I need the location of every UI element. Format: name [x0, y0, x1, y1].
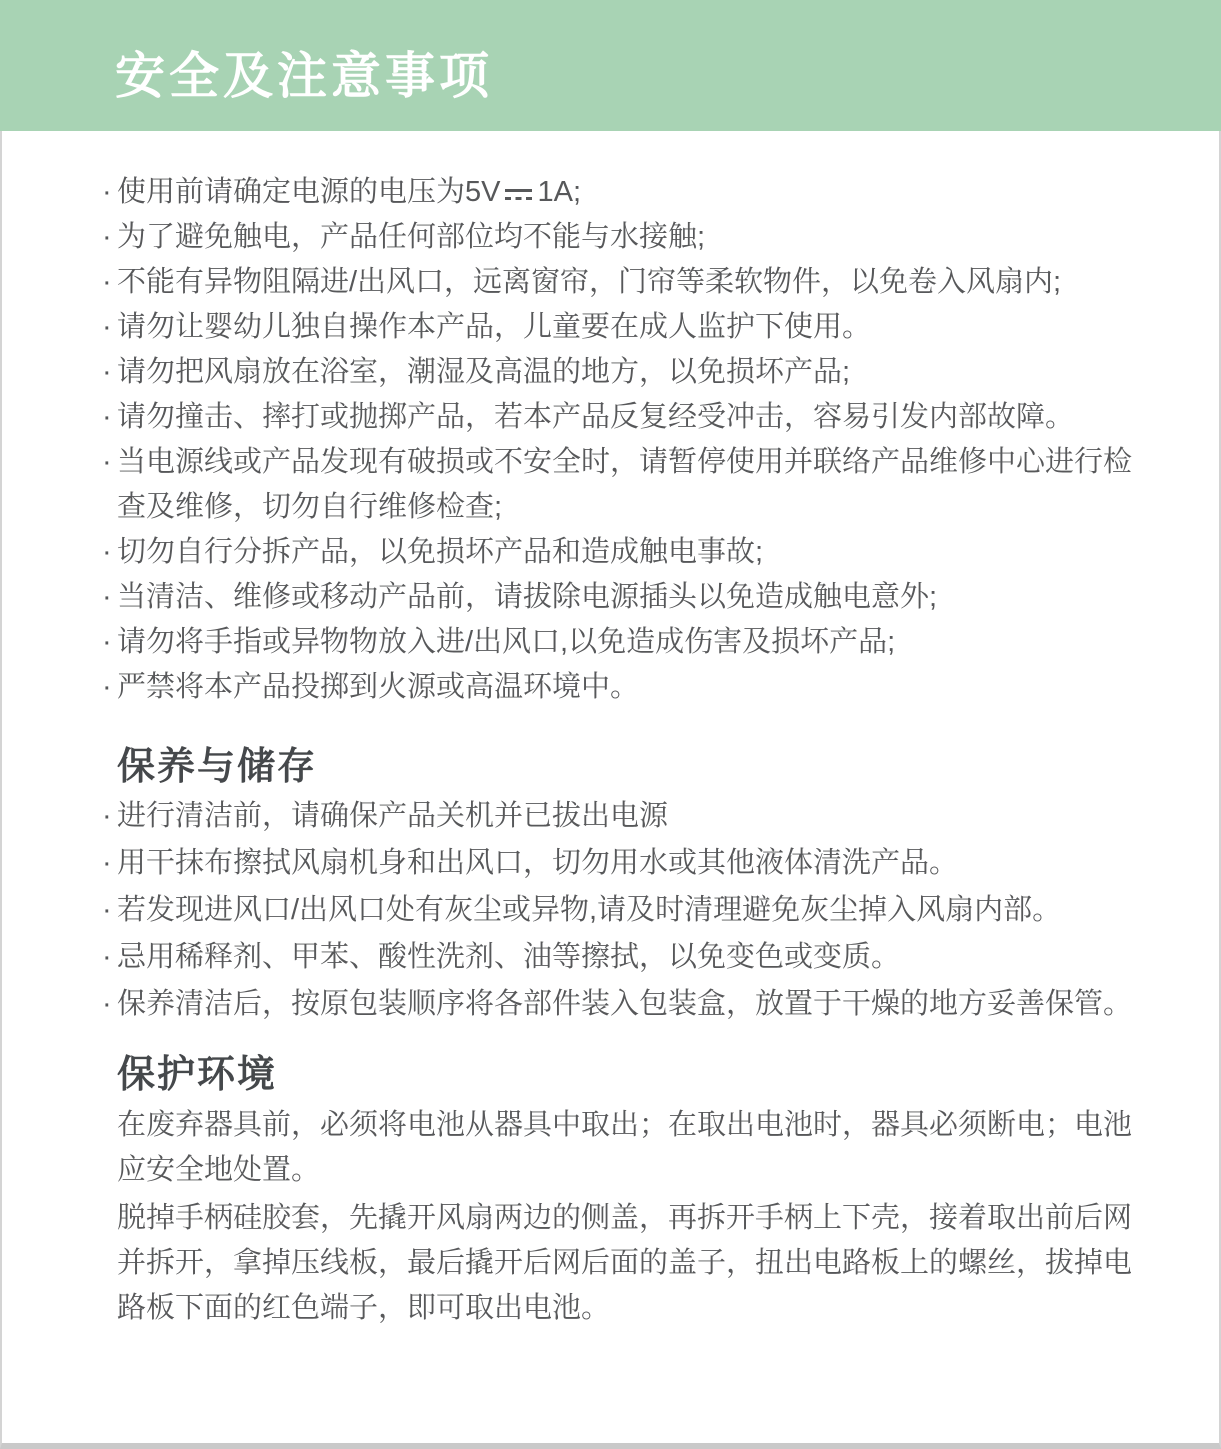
page-title: 安全及注意事项	[115, 36, 493, 108]
list-item: · 不能有异物阻隔进/出风口，远离窗帘，门帘等柔软物件，以免卷入风扇内;	[102, 260, 1189, 305]
paragraph-line: 路板下面的红色端子，即可取出电池。	[117, 1286, 1189, 1331]
item-text-post: 1A;	[537, 176, 581, 208]
item-text-line2: 查及维修，切勿自行维修检查;	[117, 491, 502, 523]
bullet-icon: ·	[102, 665, 112, 710]
list-item: · 切勿自行分拆产品，以免损坏产品和造成触电事故;	[102, 530, 1189, 575]
bullet-icon: ·	[102, 840, 112, 887]
header-band: 安全及注意事项	[0, 0, 1221, 131]
paragraph-line: 应安全地处置。	[117, 1148, 1189, 1193]
list-item: · 当清洁、维修或移动产品前，请拔除电源插头以免造成触电意外;	[102, 575, 1189, 620]
item-text-pre: 使用前请确定电源的电压为5V	[117, 176, 500, 208]
environment-paragraph: 脱掉手柄硅胶套，先撬开风扇两边的侧盖，再拆开手柄上下壳，接着取出前后网 并拆开，…	[117, 1196, 1189, 1331]
item-text: 进行清洁前，请确保产品关机并已拔出电源	[117, 800, 668, 832]
bullet-icon: ·	[102, 350, 112, 395]
content-area: · 使用前请确定电源的电压为5V1A; · 为了避免触电，产品任何部位均不能与水…	[0, 131, 1221, 1449]
list-item: · 忌用稀释剂、甲苯、酸性洗剂、油等擦拭，以免变色或变质。	[102, 934, 1189, 981]
item-text: 请勿把风扇放在浴室，潮湿及高温的地方，以免损坏产品;	[117, 356, 850, 388]
item-text: 请勿让婴幼儿独自操作本产品，儿童要在成人监护下使用。	[117, 311, 871, 343]
bullet-icon: ·	[102, 981, 112, 1028]
list-item: · 为了避免触电，产品任何部位均不能与水接触;	[102, 215, 1189, 260]
item-text: 当电源线或产品发现有破损或不安全时，请暂停使用并联络产品维修中心进行检查及维修，…	[117, 446, 1132, 523]
environment-paragraph: 在废弃器具前，必须将电池从器具中取出；在取出电池时，器具必须断电；电池 应安全地…	[117, 1103, 1189, 1193]
item-text: 严禁将本产品投掷到火源或高温环境中。	[117, 671, 639, 703]
bullet-icon: ·	[102, 887, 112, 934]
bullet-icon: ·	[102, 215, 112, 260]
safety-list: · 使用前请确定电源的电压为5V1A; · 为了避免触电，产品任何部位均不能与水…	[102, 170, 1189, 710]
list-item: · 若发现进风口/出风口处有灰尘或异物,请及时清理避免灰尘掉入风扇内部。	[102, 887, 1189, 934]
list-item: · 请勿让婴幼儿独自操作本产品，儿童要在成人监护下使用。	[102, 305, 1189, 350]
item-text: 保养清洁后，按原包装顺序将各部件装入包装盒，放置于干燥的地方妥善保管。	[117, 988, 1132, 1020]
dc-voltage-icon	[505, 189, 532, 200]
bullet-icon: ·	[102, 440, 112, 485]
manual-page: 安全及注意事项 · 使用前请确定电源的电压为5V1A; · 为了避免触电，产品任…	[0, 0, 1221, 1449]
bullet-icon: ·	[102, 575, 112, 620]
list-item: · 当电源线或产品发现有破损或不安全时，请暂停使用并联络产品维修中心进行检查及维…	[102, 440, 1189, 530]
list-item: · 用干抹布擦拭风扇机身和出风口，切勿用水或其他液体清洗产品。	[102, 840, 1189, 887]
item-text: 若发现进风口/出风口处有灰尘或异物,请及时清理避免灰尘掉入风扇内部。	[117, 894, 1061, 926]
bullet-icon: ·	[102, 934, 112, 981]
list-item: · 请勿撞击、摔打或抛掷产品，若本产品反复经受冲击，容易引发内部故障。	[102, 395, 1189, 440]
bullet-icon: ·	[102, 260, 112, 305]
section-title-maintenance: 保养与储存	[117, 743, 1189, 791]
bullet-icon: ·	[102, 620, 112, 665]
bullet-icon: ·	[102, 305, 112, 350]
item-text: 切勿自行分拆产品，以免损坏产品和造成触电事故;	[117, 536, 763, 568]
item-text: 请勿撞击、摔打或抛掷产品，若本产品反复经受冲击，容易引发内部故障。	[117, 401, 1074, 433]
paragraph-line: 脱掉手柄硅胶套，先撬开风扇两边的侧盖，再拆开手柄上下壳，接着取出前后网	[117, 1196, 1189, 1241]
maintenance-list: · 进行清洁前，请确保产品关机并已拔出电源 · 用干抹布擦拭风扇机身和出风口，切…	[102, 793, 1189, 1028]
list-item: · 请勿将手指或异物物放入进/出风口,以免造成伤害及损坏产品;	[102, 620, 1189, 665]
item-text: 当清洁、维修或移动产品前，请拔除电源插头以免造成触电意外;	[117, 581, 937, 613]
list-item: · 严禁将本产品投掷到火源或高温环境中。	[102, 665, 1189, 710]
list-item: · 请勿把风扇放在浴室，潮湿及高温的地方，以免损坏产品;	[102, 350, 1189, 395]
list-item: · 保养清洁后，按原包装顺序将各部件装入包装盒，放置于干燥的地方妥善保管。	[102, 981, 1189, 1028]
bullet-icon: ·	[102, 395, 112, 440]
bullet-icon: ·	[102, 530, 112, 575]
section-title-environment: 保护环境	[117, 1051, 1189, 1099]
item-text: 不能有异物阻隔进/出风口，远离窗帘，门帘等柔软物件，以免卷入风扇内;	[117, 266, 1061, 298]
paragraph-line: 并拆开，拿掉压线板，最后撬开后网后面的盖子，扭出电路板上的螺丝，拔掉电	[117, 1241, 1189, 1286]
item-text: 为了避免触电，产品任何部位均不能与水接触;	[117, 221, 705, 253]
paragraph-line: 在废弃器具前，必须将电池从器具中取出；在取出电池时，器具必须断电；电池	[117, 1103, 1189, 1148]
list-item: · 进行清洁前，请确保产品关机并已拔出电源	[102, 793, 1189, 840]
bullet-icon: ·	[102, 170, 112, 215]
item-text-line1: 当电源线或产品发现有破损或不安全时，请暂停使用并联络产品维修中心进行检	[117, 446, 1132, 478]
list-item: · 使用前请确定电源的电压为5V1A;	[102, 170, 1189, 215]
item-text: 使用前请确定电源的电压为5V1A;	[117, 176, 581, 208]
bullet-icon: ·	[102, 793, 112, 840]
item-text: 用干抹布擦拭风扇机身和出风口，切勿用水或其他液体清洗产品。	[117, 847, 958, 879]
item-text: 忌用稀释剂、甲苯、酸性洗剂、油等擦拭，以免变色或变质。	[117, 941, 900, 973]
item-text: 请勿将手指或异物物放入进/出风口,以免造成伤害及损坏产品;	[117, 626, 895, 658]
